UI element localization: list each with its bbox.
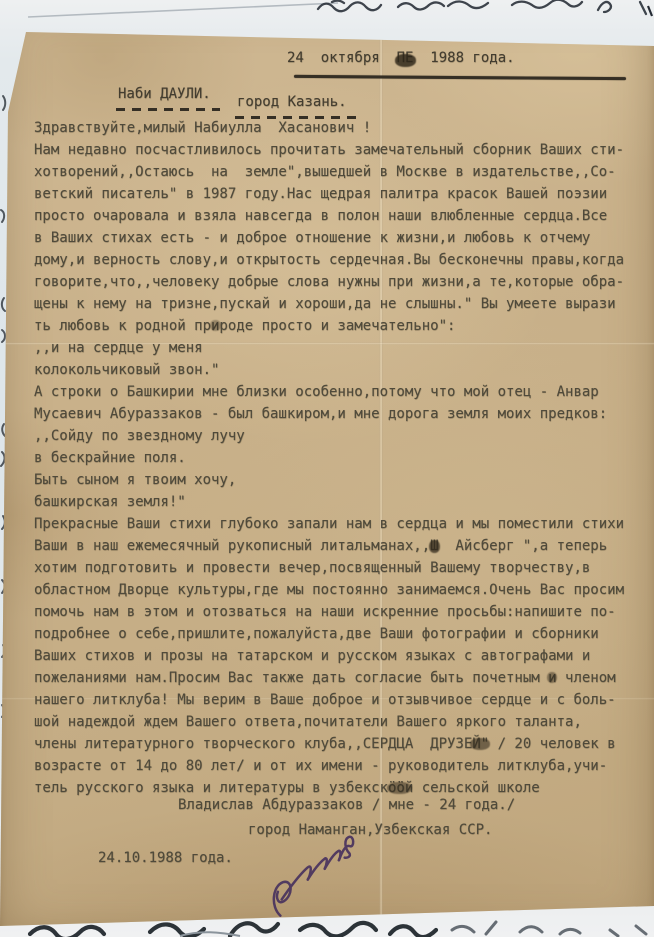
- typed-line: тель русского языка и литературы в узбек…: [34, 777, 624, 799]
- typed-line: пожеланиями нам.Просим Вас также дать со…: [34, 667, 624, 689]
- scanned-letter-photo: 24 октября ПЕ 1988 года. Наби ДАУЛИ. гор…: [0, 0, 654, 937]
- letter-body: Здравствуйте,милый Набиулла Хасанович ! …: [34, 117, 624, 799]
- signature-handwritten: [258, 821, 367, 923]
- typed-line: члены литературного творческого клуба,,С…: [34, 733, 624, 755]
- typed-line: шой надеждой ждем Вашего ответа,почитате…: [34, 711, 624, 733]
- overstrike-mark-date: [395, 54, 416, 67]
- typed-line: Нам недавно посчастливилось прочитать за…: [34, 139, 624, 161]
- typed-line: Быть сыном я твоим хочу,: [34, 469, 624, 491]
- typed-line: А строки о Башкирии мне близки особенно,…: [34, 381, 624, 403]
- overstrike-mark-almanac: [429, 540, 440, 553]
- typed-line: Ваши в наш ежемесячный рукописный литаль…: [34, 535, 624, 557]
- addressee-city: город Казань.: [237, 94, 347, 110]
- typed-line: Мусаевич Абураззаков - был башкиром,и мн…: [34, 403, 624, 425]
- closing-date-line: 24.10.1988 года.: [98, 850, 233, 866]
- overstrike-mark: [470, 738, 490, 750]
- typed-line: Ваших стихов и прозы на татарском и русс…: [34, 645, 624, 667]
- typed-line: ветский писатель" в 1987 году.Нас щедрая…: [34, 183, 624, 205]
- overstrike-mark: [387, 782, 412, 794]
- typed-line: хотим подготовить и провести вечер,посвя…: [34, 557, 624, 579]
- typed-line: ,,Сойду по звездному лучу: [34, 425, 624, 447]
- typed-line: колокольчиковый звон.": [34, 359, 624, 381]
- overstrike-mark: [547, 672, 557, 683]
- overstrike-mark: [210, 320, 221, 331]
- typed-line: Здравствуйте,милый Набиулла Хасанович !: [34, 117, 624, 139]
- typed-line: просто очаровала и взяла навсегда в поло…: [34, 205, 624, 227]
- typed-line: Прекрасные Ваши стихи глубоко запали нам…: [34, 513, 624, 535]
- typed-line: дому,и верность слову,и открытость серде…: [34, 249, 624, 271]
- typed-line: говорите,что,,человеку добрые слова нужн…: [34, 271, 624, 293]
- typed-line: ,,и на сердце у меня: [34, 337, 624, 359]
- addressee-name: Наби ДАУЛИ.: [118, 86, 211, 102]
- typed-line: ть любовь к родной природе просто и заме…: [34, 315, 624, 337]
- typed-line: помочь нам в этом и отозваться на наши и…: [34, 601, 624, 623]
- typed-line: щены к нему на тризне,пускай и хороши,да…: [34, 293, 624, 315]
- typed-line: подробнее о себе,пришлите,пожалуйста,две…: [34, 623, 624, 645]
- typed-line: возрасте от 14 до 80 лет/ и от их имени …: [34, 755, 624, 777]
- letter-paper: 24 октября ПЕ 1988 года. Наби ДАУЛИ. гор…: [0, 0, 654, 937]
- underline-rule: [294, 75, 626, 80]
- typed-line: хотворений,,Остаюсь на земле",вышедшей в…: [34, 161, 624, 183]
- dashed-underline: [116, 108, 220, 111]
- typed-line: областном Дворце культуры,где мы постоян…: [34, 579, 624, 601]
- typed-line: в бескрайние поля.: [34, 447, 624, 469]
- typed-line: в Ваших стихах есть - и доброе отношение…: [34, 227, 624, 249]
- closing-author-line: Владислав Абдураззаков / мне - 24 года./: [178, 797, 515, 813]
- typed-line: башкирская земля!": [34, 491, 624, 513]
- typed-line: нашего литклуба! Мы верим в Ваше доброе …: [34, 689, 624, 711]
